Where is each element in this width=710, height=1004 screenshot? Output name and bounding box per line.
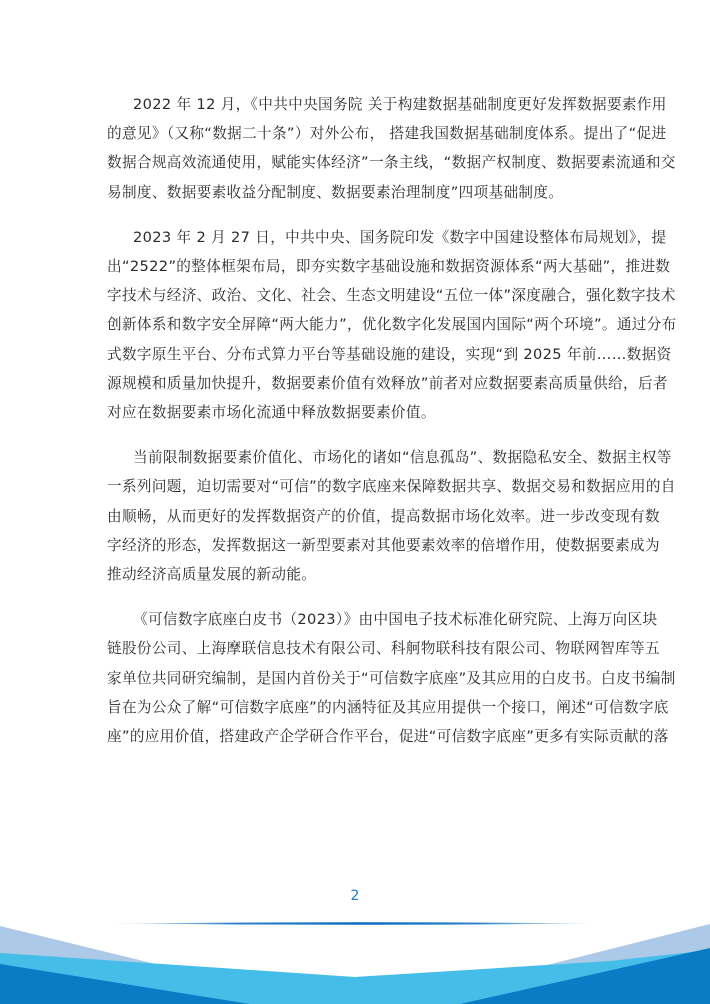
text-line: 2022 年 12 月，《中共中央国务院 关于构建数据基础制度更好发挥数据要素作… (107, 90, 604, 119)
text-line: 由顺畅，从而更好的发挥数据资产的价值，提高数据市场化效率。进一步改变现有数 (107, 502, 604, 531)
text-line: 链股份公司、上海摩联信息技术有限公司、科舸物联科技有限公司、物联网智库等五 (107, 634, 604, 663)
text-line: 式数字原生平台、分布式算力平台等基础设施的建设，实现“到 2025 年前……数据… (107, 340, 604, 369)
text-line: 一系列问题，迫切需要对“可信”的数字底座来保障数据共享、数据交易和数据应用的自 (107, 472, 604, 501)
text-line: 座”的应用价值，搭建政产企学研合作平台，促进“可信数字底座”更多有实际贡献的落 (107, 722, 604, 751)
text-line: 数据合规高效流通使用，赋能实体经济”一条主线，“数据产权制度、数据要素流通和交 (107, 148, 604, 177)
paragraph-2: 2023 年 2 月 27 日，中共中央、国务院印发《数字中国建设整体布局规划》… (107, 223, 604, 427)
text-line: 易制度、数据要素收益分配制度、数据要素治理制度”四项基础制度。 (107, 178, 604, 207)
text-line: 对应在数据要素市场化流通中释放数据要素价值。 (107, 398, 604, 427)
text-line: 2023 年 2 月 27 日，中共中央、国务院印发《数字中国建设整体布局规划》… (107, 223, 604, 252)
document-page: 2022 年 12 月，《中共中央国务院 关于构建数据基础制度更好发挥数据要素作… (0, 0, 710, 1004)
body-text: 2022 年 12 月，《中共中央国务院 关于构建数据基础制度更好发挥数据要素作… (107, 90, 604, 767)
text-line: 当前限制数据要素价值化、市场化的诸如“信息孤岛”、数据隐私安全、数据主权等 (107, 443, 604, 472)
text-line: 推动经济高质量发展的新动能。 (107, 560, 604, 589)
text-line: 创新体系和数字安全屏障“两大能力”，优化数字化发展国内国际“两个环境”。通过分布 (107, 310, 604, 339)
paragraph-1: 2022 年 12 月，《中共中央国务院 关于构建数据基础制度更好发挥数据要素作… (107, 90, 604, 207)
text-line: 字经济的形态，发挥数据这一新型要素对其他要素效率的倍增作用，使数据要素成为 (107, 531, 604, 560)
paragraph-4: 《可信数字底座白皮书（2023）》由中国电子技术标准化研究院、上海万向区块 链股… (107, 605, 604, 751)
text-line: 旨在为公众了解“可信数字底座”的内涵特征及其应用提供一个接口，阐述“可信数字底 (107, 693, 604, 722)
text-line: 《可信数字底座白皮书（2023）》由中国电子技术标准化研究院、上海万向区块 (107, 605, 604, 634)
text-line: 出“2522”的整体框架布局，即夯实数字基础设施和数据资源体系“两大基础”，推进… (107, 252, 604, 281)
text-line: 字技术与经济、政治、文化、社会、生态文明建设“五位一体”深度融合，强化数字技术 (107, 281, 604, 310)
paragraph-3: 当前限制数据要素价值化、市场化的诸如“信息孤岛”、数据隐私安全、数据主权等 一系… (107, 443, 604, 589)
text-line: 源规模和质量加快提升，数据要素价值有效释放”前者对应数据要素高质量供给，后者 (107, 369, 604, 398)
text-line: 的意见》（又称“数据二十条”）对外公布， 搭建我国数据基础制度体系。提出了“促进 (107, 119, 604, 148)
text-line: 家单位共同研究编制，是国内首份关于“可信数字底座”及其应用的白皮书。白皮书编制 (107, 664, 604, 693)
page-number: 2 (0, 888, 710, 904)
footer-wave-decoration (0, 924, 710, 1004)
